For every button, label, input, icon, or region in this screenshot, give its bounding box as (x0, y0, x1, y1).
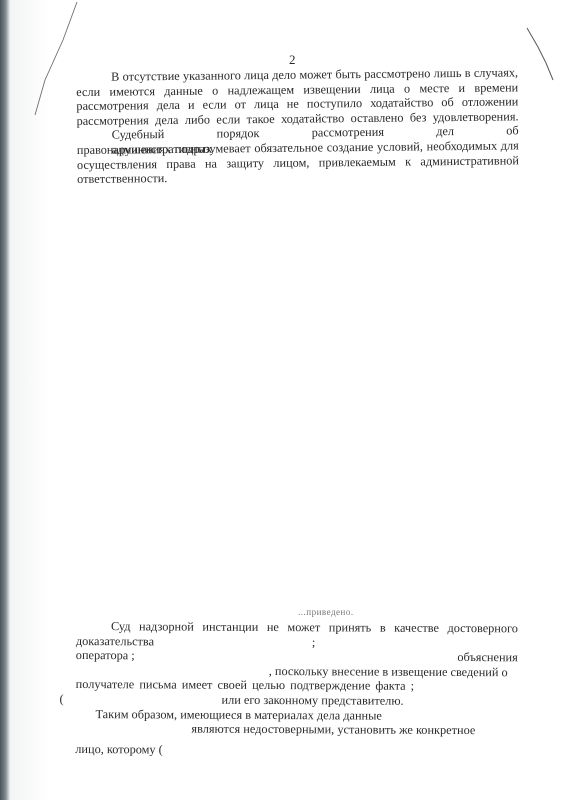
text-fragment: , поскольку внесение в извещение сведени… (269, 664, 508, 680)
text-fragment: ...приведено. (298, 607, 354, 617)
page-number: 2 (289, 52, 296, 68)
scan-edge (0, 0, 10, 800)
text-fragment: ( (60, 692, 64, 707)
text-line: лицо, которому ( (75, 742, 517, 759)
text-block-top: В отсутствие указанного лица дело может … (76, 65, 519, 186)
text-fragment: являются недостоверными, установить же к… (191, 722, 475, 738)
text-fragment: Таким образом, имеющиеся в материалах де… (95, 707, 381, 723)
text-block-bottom: Суд надзорной инстанции не может принять… (75, 619, 518, 761)
scan-shadow (10, 0, 50, 800)
text-fragment: доказательства (76, 634, 154, 649)
text-fragment: лицо, которому ( (75, 742, 163, 757)
text-fragment: объяснения (457, 650, 518, 665)
text-line: являются недостоверными, установить же к… (75, 721, 517, 738)
text-fragment: ; (312, 635, 315, 650)
pen-stroke-top-right (520, 25, 560, 85)
text-fragment: оператора ; (76, 648, 135, 663)
text-fragment: или его законному представителю. (222, 693, 404, 709)
